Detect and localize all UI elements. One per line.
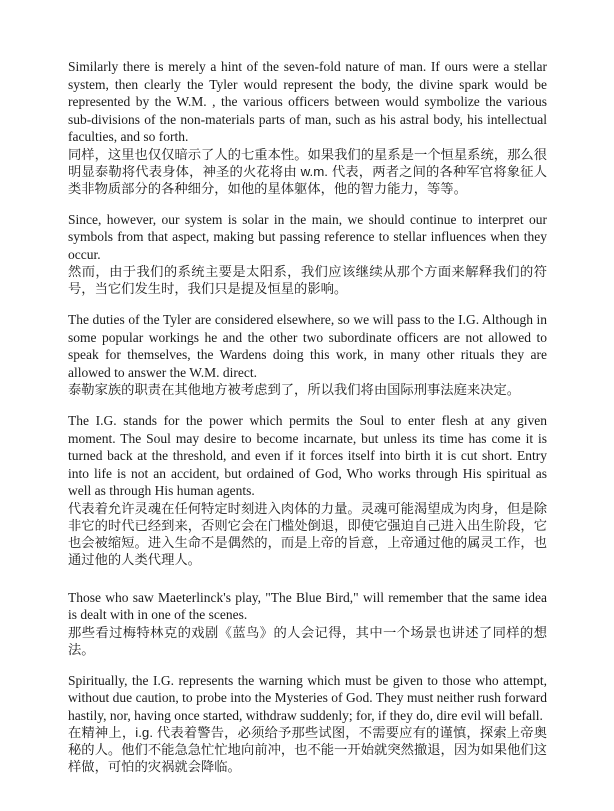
paragraph: The duties of the Tyler are considered e… bbox=[68, 311, 547, 398]
chinese-translation: 然而，由于我们的系统主要是太阳系，我们应该继续从那个方面来解释我们的符号，当它们… bbox=[68, 263, 547, 297]
chinese-translation: 那些看过梅特林克的戏剧《蓝鸟》的人会记得，其中一个场景也讲述了同样的想法。 bbox=[68, 624, 547, 658]
english-text: The duties of the Tyler are considered e… bbox=[68, 311, 547, 381]
english-text: Spiritually, the I.G. represents the war… bbox=[68, 672, 547, 725]
chinese-translation: 泰勒家族的职责在其他地方被考虑到了，所以我们将由国际刑事法庭来决定。 bbox=[68, 381, 547, 398]
chinese-translation: 代表着允许灵魂在任何特定时刻进入肉体的力量。灵魂可能渴望成为肉身，但是除非它的时… bbox=[68, 500, 547, 568]
english-text: Similarly there is merely a hint of the … bbox=[68, 58, 547, 146]
chinese-translation: 同样，这里也仅仅暗示了人的七重本性。如果我们的星系是一个恒星系统，那么很明显泰勒… bbox=[68, 146, 547, 197]
paragraph: Since, however, our system is solar in t… bbox=[68, 211, 547, 298]
english-text: The I.G. stands for the power which perm… bbox=[68, 412, 547, 500]
paragraph: Similarly there is merely a hint of the … bbox=[68, 58, 547, 197]
document-page: Similarly there is merely a hint of the … bbox=[0, 0, 614, 811]
english-text: Those who saw Maeterlinck's play, "The B… bbox=[68, 589, 547, 624]
paragraph: The I.G. stands for the power which perm… bbox=[68, 412, 547, 568]
paragraph: Spiritually, the I.G. represents the war… bbox=[68, 672, 547, 776]
paragraph: Those who saw Maeterlinck's play, "The B… bbox=[68, 589, 547, 658]
english-text: Since, however, our system is solar in t… bbox=[68, 211, 547, 264]
chinese-translation: 在精神上，i.g. 代表着警告，必须给予那些试图，不需要应有的谨慎，探索上帝奥秘… bbox=[68, 724, 547, 775]
